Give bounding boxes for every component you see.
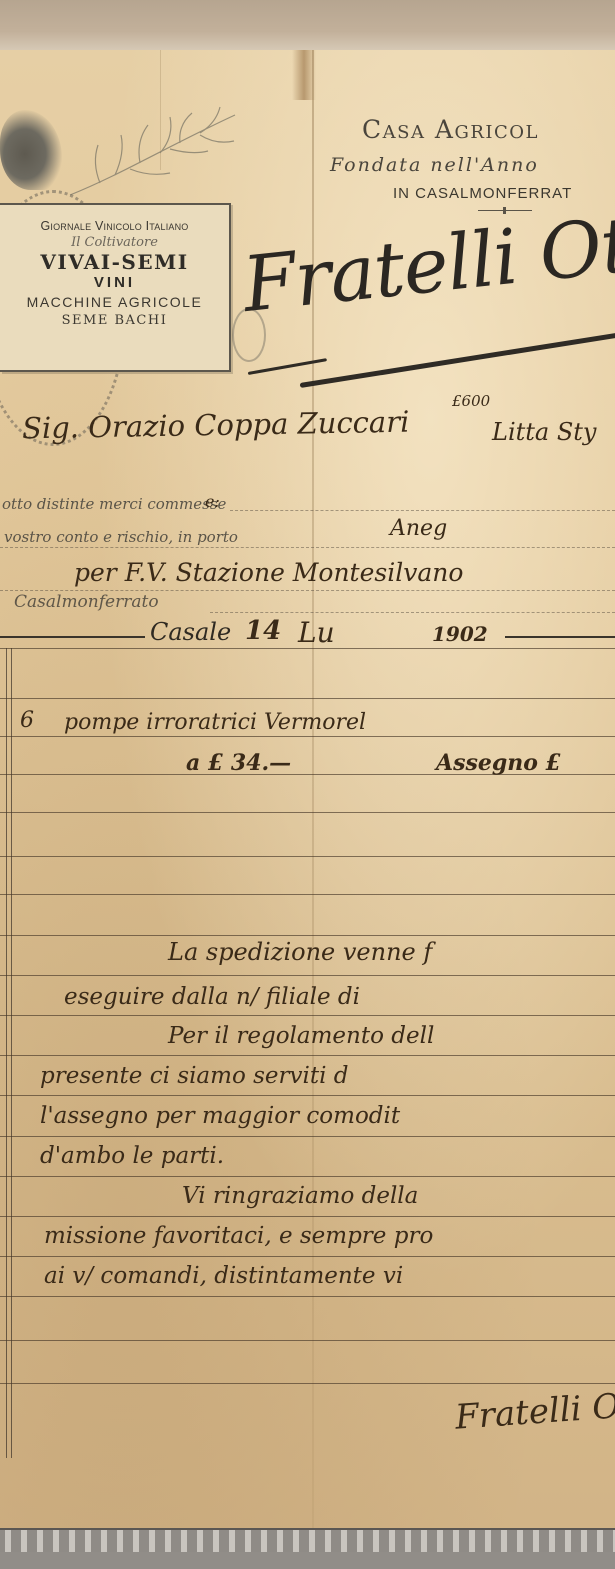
date-city: Casale	[150, 618, 231, 646]
date-year: 1902	[432, 622, 488, 646]
eagle-emblem-icon	[0, 110, 62, 190]
firm-name-underline	[300, 331, 615, 388]
emblem-line-seme-bachi: SEME BACHI	[0, 313, 229, 328]
frame-base	[0, 1552, 615, 1569]
letterhead-fondata: Fondata nell'Anno	[330, 154, 539, 176]
date-day: 14	[245, 616, 281, 646]
recipient-name: Sig. Orazio Coppa Zuccari	[22, 405, 410, 446]
body-line: l'assegno per maggior comodit	[40, 1103, 400, 1129]
emblem-line-giornale: Giornale Vinicolo Italiano	[0, 219, 229, 233]
emblem-line-coltivatore: Il Coltivatore	[0, 235, 229, 250]
dotted-rule	[210, 612, 615, 613]
dotted-rule	[230, 510, 615, 511]
body-line: ai v/ comandi, distintamente vi	[44, 1263, 403, 1289]
item-description: pompe irroratrici Vermorel	[64, 710, 366, 735]
paper-tear	[292, 50, 316, 100]
body-line: Vi ringraziamo della	[182, 1183, 418, 1209]
dotted-rule	[0, 590, 615, 591]
letterhead-firm-name: Fratelli Ott	[239, 197, 615, 329]
emblem-line-vini: VINI	[0, 274, 229, 291]
body-line: missione favoritaci, e sempre pro	[44, 1223, 433, 1249]
item-payment: Assegno £	[436, 750, 561, 776]
dotted-rule	[0, 547, 615, 548]
printed-merci-suffix: e:	[205, 492, 220, 511]
item-price: a £ 34.—	[186, 750, 291, 776]
date-rule-left	[0, 636, 145, 638]
body-line: d'ambo le parti.	[40, 1143, 224, 1169]
body-line: eseguire dalla n/ filiale di	[64, 984, 360, 1010]
date-month: Lu	[298, 616, 335, 649]
emblem-line-vivai-semi: VIVAI-SEMI	[0, 250, 229, 274]
letterhead-location: IN CASALMONFERRAT	[393, 185, 572, 202]
body-line: presente ci siamo serviti d	[40, 1063, 349, 1089]
firm-name-flourish	[248, 358, 327, 375]
shipping-instructions: per F.V. Stazione Montesilvano	[74, 558, 463, 587]
document-paper: Giornale Vinicolo Italiano Il Coltivator…	[0, 50, 615, 1528]
amount-note: £600	[452, 392, 490, 410]
emblem-line-macchine: MACCHINE AGRICOLE	[0, 294, 229, 310]
printed-conto-rischio: vostro conto e rischio, in porto	[4, 528, 238, 546]
date-rule-right	[505, 636, 615, 638]
recipient-location: Litta Sty	[492, 418, 596, 446]
port-handwritten: Aneg	[390, 516, 447, 541]
letterhead-emblem-box: Giornale Vinicolo Italiano Il Coltivator…	[0, 203, 231, 372]
body-line: La spedizione venne f	[168, 938, 432, 966]
frame-backdrop	[0, 0, 615, 52]
frame-edge	[0, 1528, 615, 1554]
printed-place: Casalmonferrato	[14, 592, 159, 612]
olive-branch-icon	[60, 95, 250, 205]
body-line: Per il regolamento dell	[168, 1023, 434, 1049]
printed-merci-commesse: otto distinte merci commesse	[2, 495, 226, 513]
item-quantity: 6	[20, 708, 34, 733]
letterhead-casa-agricola: Casa Agricol	[362, 115, 539, 144]
